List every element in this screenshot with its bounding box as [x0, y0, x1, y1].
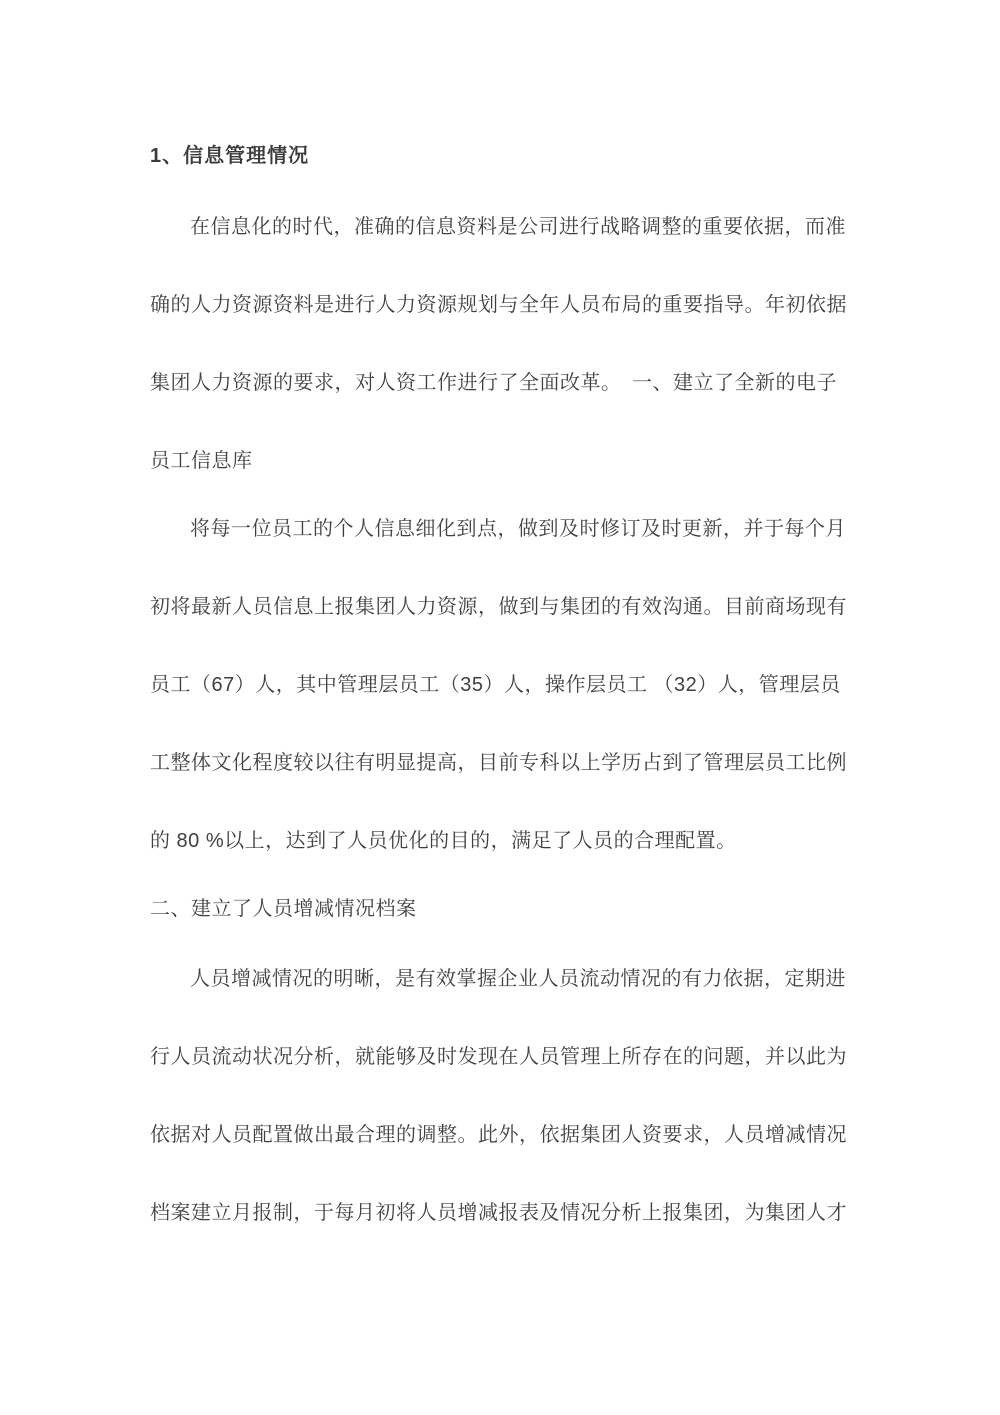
text-line: 集团人力资源的要求，对人资工作进行了全面改革。 一、建立了全新的电子: [150, 344, 862, 422]
text-line: 员工（67）人，其中管理层员工（35）人，操作层员工 （32）人，管理层员: [150, 646, 862, 724]
section-one-heading: 1、信息管理情况: [150, 141, 860, 171]
document-page: 1、信息管理情况 在信息化的时代，准确的信息资料是公司进行战略调整的重要依据，而…: [0, 0, 1000, 1415]
paragraph-employee-database: 将每一位员工的个人信息细化到点，做到及时修订及时更新，并于每个月 初将最新人员信…: [150, 490, 862, 880]
text-line: 在信息化的时代，准确的信息资料是公司进行战略调整的重要依据，而准: [150, 188, 862, 266]
text-line: 行人员流动状况分析，就能够及时发现在人员管理上所存在的问题，并以此为: [150, 1018, 862, 1096]
text-line: 的 80 %以上，达到了人员优化的目的，满足了人员的合理配置。: [150, 802, 862, 880]
text-line: 员工信息库: [150, 422, 862, 500]
text-line: 人员增减情况的明晰，是有效掌握企业人员流动情况的有力依据，定期进: [150, 940, 862, 1018]
text-line: 档案建立月报制，于每月初将人员增减报表及情况分析上报集团，为集团人才: [150, 1174, 862, 1252]
text-line: 二、建立了人员增减情况档案: [150, 870, 862, 948]
section-two-heading: 二、建立了人员增减情况档案: [150, 870, 862, 948]
text-line: 将每一位员工的个人信息细化到点，做到及时修订及时更新，并于每个月: [150, 490, 862, 568]
text-line: 工整体文化程度较以往有明显提高，目前专科以上学历占到了管理层员工比例: [150, 724, 862, 802]
paragraph-personnel-change-archive: 人员增减情况的明晰，是有效掌握企业人员流动情况的有力依据，定期进 行人员流动状况…: [150, 940, 862, 1252]
text-line: 依据对人员配置做出最合理的调整。此外，依据集团人资要求，人员增减情况: [150, 1096, 862, 1174]
text-line: 初将最新人员信息上报集团人力资源，做到与集团的有效沟通。目前商场现有: [150, 568, 862, 646]
paragraph-intro: 在信息化的时代，准确的信息资料是公司进行战略调整的重要依据，而准 确的人力资源资…: [150, 188, 862, 500]
text-line: 确的人力资源资料是进行人力资源规划与全年人员布局的重要指导。年初依据: [150, 266, 862, 344]
